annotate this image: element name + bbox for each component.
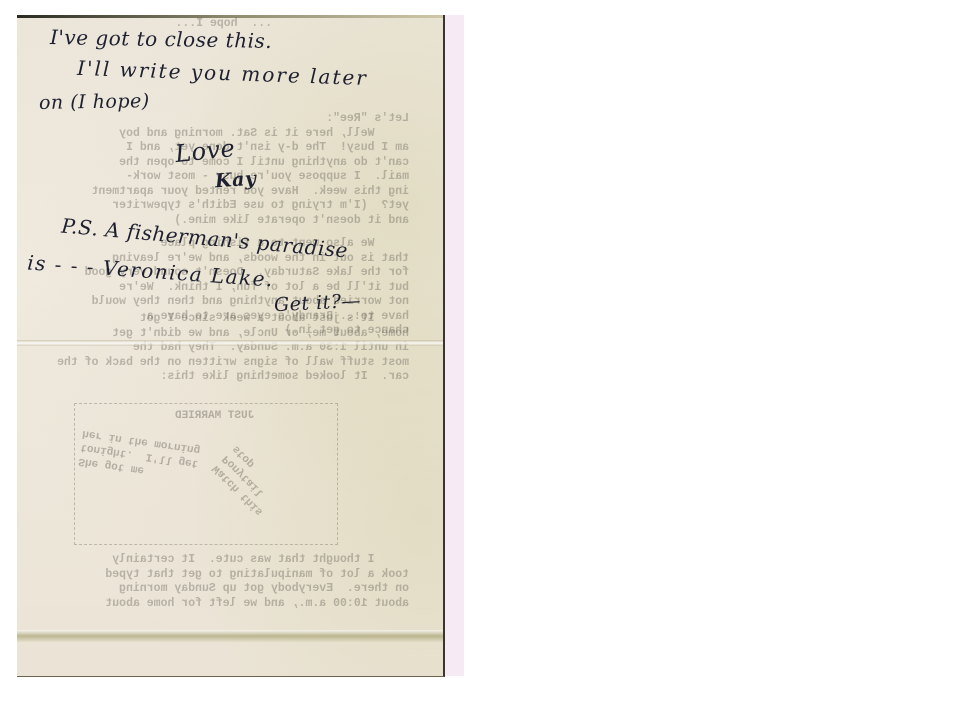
sign-text-right: Watch this Ponytail stop <box>210 442 286 518</box>
paper-fold-crease <box>17 340 443 346</box>
handwritten-signature: Kay <box>214 168 257 193</box>
letter-page: ... hope I... Let's "Ree": Well, here it… <box>17 15 445 677</box>
bleed-through-paragraph-4: I thought that was cute. It certainly to… <box>39 553 409 611</box>
paper-fold-crease-bottom <box>17 630 443 642</box>
handwritten-line-2: I'll write you more later <box>77 56 369 90</box>
scanner-edge-strip <box>443 15 464 676</box>
handwritten-line-1: I've got to close this. <box>50 25 272 53</box>
typed-sign-drawing: JUST MARRIED She got me tonight. I'll ge… <box>74 403 338 545</box>
handwritten-line-3: on (I hope) <box>39 90 150 114</box>
sign-text-left: She got me tonight. I'll get her in the … <box>78 426 202 484</box>
sign-title: JUST MARRIED <box>175 410 254 422</box>
bleed-through-paragraph-3: It's just about a week since I got home,… <box>39 312 409 385</box>
handwritten-ps-line-3: Get it?— <box>273 290 361 317</box>
